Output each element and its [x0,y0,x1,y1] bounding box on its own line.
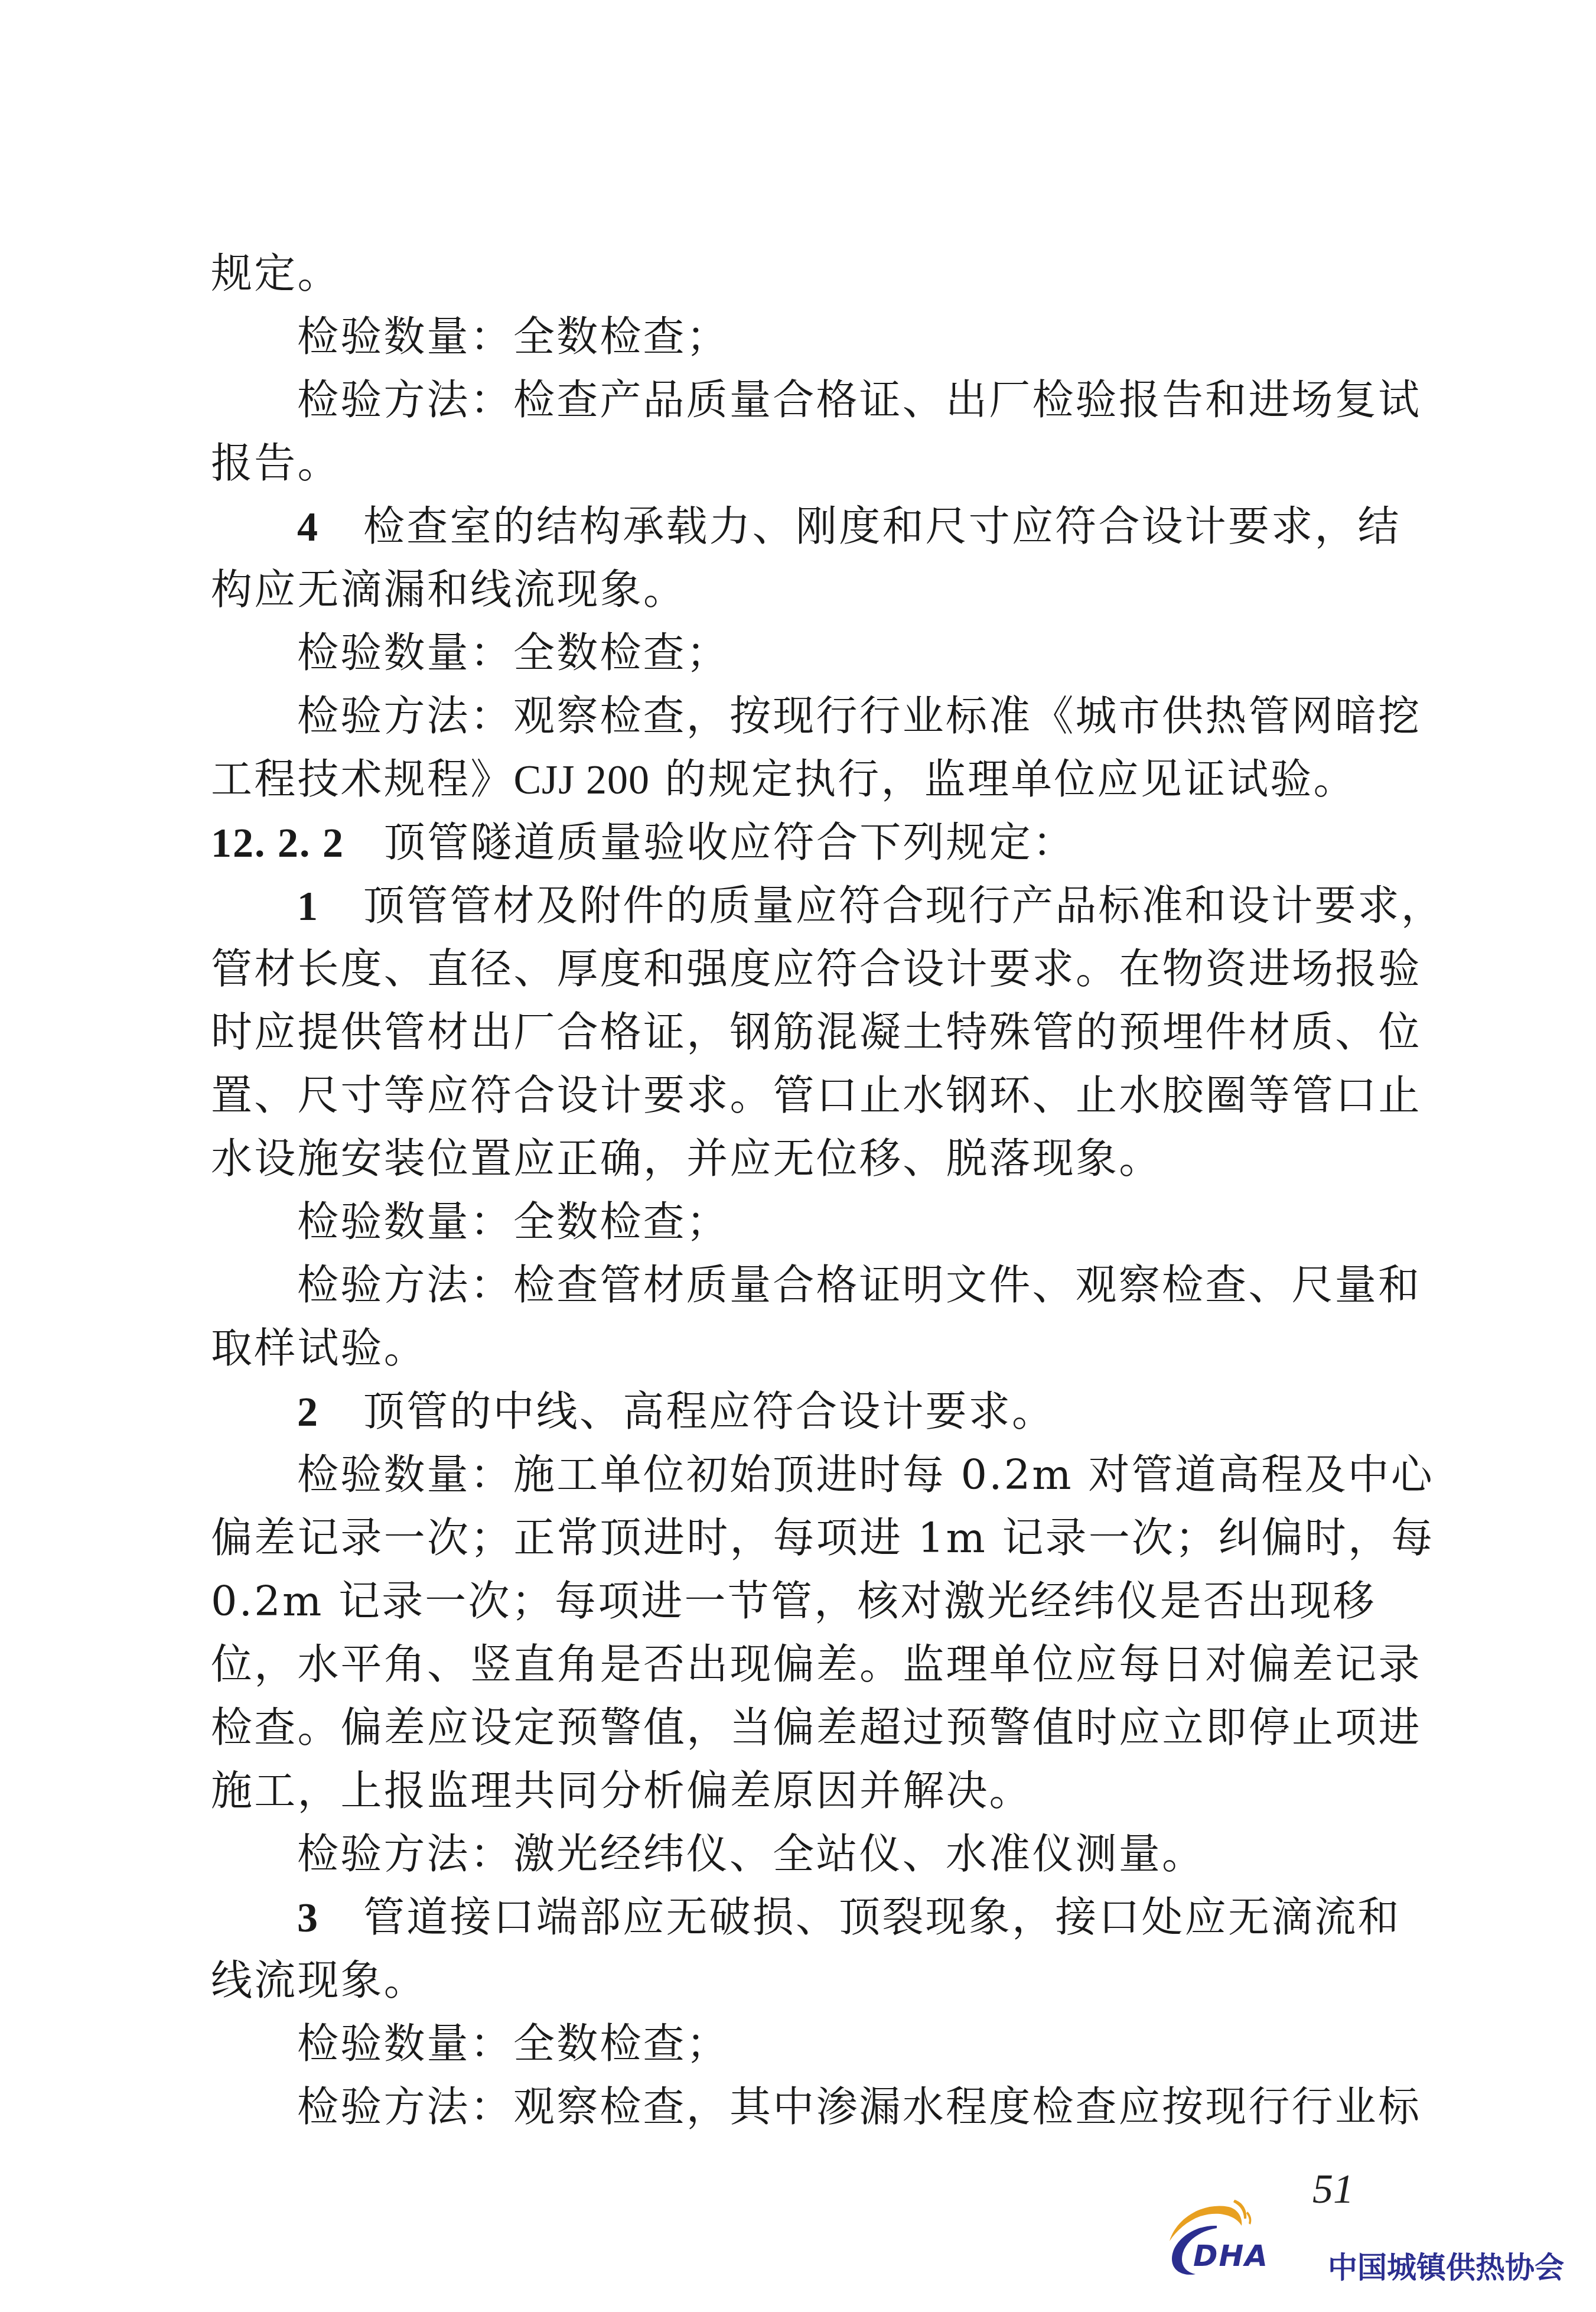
line-text: 0.2m 记录一次；每项进一节管，核对激光经纬仪是否出现移 [211,1577,1376,1625]
text-line: 0.2m 记录一次；每项进一节管，核对激光经纬仪是否出现移 [211,1570,1392,1633]
cdha-emblem-icon: DHA [1159,2195,1312,2284]
text-line: 检验方法：检查管材质量合格证明文件、观察检查、尺量和 [297,1254,1478,1317]
line-text: 检查室的结构承载力、刚度和尺寸应符合设计要求，结 [363,502,1401,551]
text-line: 取样试验。 [211,1317,1392,1380]
text-line: 时应提供管材出厂合格证，钢筋混凝土特殊管的预埋件材质、位 [211,1001,1392,1064]
text-line: 检验数量：全数检查； [297,305,1478,369]
list-item-2: 2顶管的中线、高程应符合设计要求。 [297,1380,1478,1443]
association-name: 中国城镇供热协会 [1328,2247,1564,2288]
line-text: 置、尺寸等应符合设计要求。管口止水钢环、止水胶圈等管口止 [211,1071,1422,1120]
document-page: 规定。 检验数量：全数检查； 检验方法：检查产品质量合格证、出厂检验报告和进场复… [0,0,1596,2312]
line-text: 顶管管材及附件的质量应符合现行产品标准和设计要求， [363,882,1444,930]
item-number: 4 [297,496,363,559]
line-text: 顶管的中线、高程应符合设计要求。 [363,1387,1055,1436]
item-number: 1 [297,875,363,938]
line-text: 水设施安装位置应正确，并应无位移、脱落现象。 [211,1134,1162,1183]
line-text: 的规定执行，监理单位应见证试验。 [650,755,1357,804]
line-text: 检验方法：检查管材质量合格证明文件、观察检查、尺量和 [297,1261,1421,1309]
line-text: 取样试验。 [211,1324,427,1373]
text-line: 偏差记录一次；正常顶进时，每项进 1m 记录一次；纠偏时，每 [211,1507,1392,1570]
line-text: 检验方法：观察检查，其中渗漏水程度检查应按现行行业标 [297,2083,1421,2131]
line-text: 规定。 [211,249,341,298]
line-text: 施工，上报监理共同分析偏差原因并解决。 [211,1767,1032,1815]
line-text: 检验数量：全数检查； [297,2020,729,2068]
text-line: 置、尺寸等应符合设计要求。管口止水钢环、止水胶圈等管口止 [211,1064,1392,1127]
list-item-4: 4检查室的结构承载力、刚度和尺寸应符合设计要求，结 [297,495,1478,558]
text-line: 水设施安装位置应正确，并应无位移、脱落现象。 [211,1127,1392,1191]
text-line: 检验数量：施工单位初始顶进时每 0.2m 对管道高程及中心 [297,1443,1478,1507]
line-text: 线流现象。 [211,1956,427,2005]
svg-text:DHA: DHA [1193,2239,1269,2273]
line-text: 报告。 [211,439,341,487]
text-line: 检验方法：检查产品质量合格证、出厂检验报告和进场复试 [297,369,1478,432]
line-text: 检查。偏差应设定预警值，当偏差超过预警值时应立即停止项进 [211,1703,1422,1752]
line-text: 偏差记录一次；正常顶进时，每项进 1m 记录一次；纠偏时，每 [211,1514,1434,1562]
text-line: 检验方法：激光经纬仪、全站仪、水准仪测量。 [297,1823,1478,1886]
line-text: 检验方法：观察检查，按现行行业标准《城市供热管网暗挖 [297,692,1421,740]
text-line: 检验方法：观察检查，按现行行业标准《城市供热管网暗挖 [297,685,1478,748]
text-line: 线流现象。 [211,1949,1392,2012]
item-number: 2 [297,1381,363,1444]
text-line: 管材长度、直径、厚度和强度应符合设计要求。在物资进场报验 [211,938,1392,1001]
text-line: 检验数量：全数检查； [297,622,1478,685]
text-line: 检验方法：观察检查，其中渗漏水程度检查应按现行行业标 [297,2076,1478,2139]
section-heading: 12. 2. 2顶管隧道质量验收应符合下列规定： [211,811,1392,874]
line-text: 检验数量：全数检查； [297,629,729,677]
text-line: 构应无滴漏和线流现象。 [211,558,1392,622]
line-text: 检验方法：检查产品质量合格证、出厂检验报告和进场复试 [297,376,1421,424]
text-line: 检验数量：全数检查； [297,1191,1478,1254]
text-line: 报告。 [211,432,1392,495]
standard-code: CJJ 200 [513,757,650,803]
line-text: 检验数量：施工单位初始顶进时每 0.2m 对管道高程及中心 [297,1451,1434,1499]
line-text: 检验数量：全数检查； [297,1198,729,1246]
line-text: 检验方法：激光经纬仪、全站仪、水准仪测量。 [297,1830,1205,1878]
section-number: 12. 2. 2 [211,812,384,875]
list-item-3: 3管道接口端部应无破损、顶裂现象，接口处应无滴流和 [297,1886,1478,1949]
line-text: 位，水平角、竖直角是否出现偏差。监理单位应每日对偏差记录 [211,1640,1422,1689]
line-text: 工程技术规程》 [211,755,513,804]
item-number: 3 [297,1887,363,1950]
line-text: 构应无滴漏和线流现象。 [211,565,686,614]
list-item-1: 1顶管管材及附件的质量应符合现行产品标准和设计要求， [297,874,1478,938]
text-line: 检验数量：全数检查； [297,2012,1478,2076]
line-text: 检验数量：全数检查； [297,313,729,361]
text-line: 检查。偏差应设定预警值，当偏差超过预警值时应立即停止项进 [211,1696,1392,1760]
text-line: 规定。 [211,242,1392,305]
cdha-logo: DHA 中国城镇供热协会 [1159,2195,1572,2284]
text-line: 位，水平角、竖直角是否出现偏差。监理单位应每日对偏差记录 [211,1633,1392,1696]
section-title: 顶管隧道质量验收应符合下列规定： [384,818,1076,867]
text-line: 施工，上报监理共同分析偏差原因并解决。 [211,1760,1392,1823]
line-text: 管材长度、直径、厚度和强度应符合设计要求。在物资进场报验 [211,945,1422,993]
line-text: 时应提供管材出厂合格证，钢筋混凝土特殊管的预埋件材质、位 [211,1008,1422,1056]
text-line: 工程技术规程》CJJ 200 的规定执行，监理单位应见证试验。 [211,748,1392,811]
line-text: 管道接口端部应无破损、顶裂现象，接口处应无滴流和 [363,1893,1401,1942]
